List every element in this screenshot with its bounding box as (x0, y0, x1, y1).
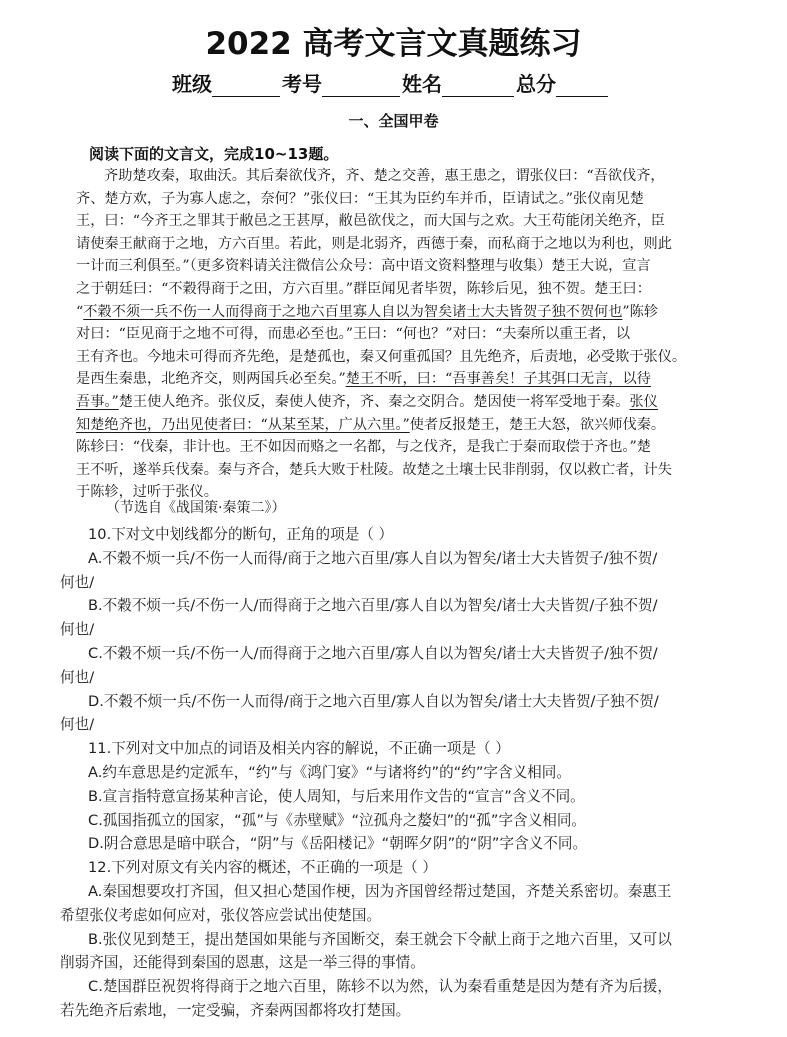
form-field-blank[interactable] (556, 76, 608, 97)
question-option-line: 何也/ (60, 571, 740, 595)
passage-line: 知楚绝齐也，乃出见使者曰：“从某至某，广从六里。”使者反报楚王，楚王大怒，欲兴师… (76, 414, 736, 437)
question-option-line: B.宣言指特意宣扬某种言论，使人周知，与后来用作文告的“宣言”含义不同。 (60, 785, 740, 809)
question-option-line: C.不穀不烦一兵/不伤一人/而得商于之地六百里/寡人自以为智矣/诸士大夫皆贺子/… (60, 642, 740, 666)
question-option-line: B.不穀不烦一兵/不伤一人/而得商于之地六百里/寡人自以为智矣/诸士大夫皆贺/子… (60, 594, 740, 618)
question-option-line: A.约车意思是约定派车，“约”与《鸿门宴》“与诸将约”的“约”字含义相同。 (60, 761, 740, 785)
form-field-label: 班级 (172, 68, 212, 97)
passage-line: 对曰：“臣见商于之地不可得，而患必至也。”王曰：“何也？”对曰：“夫秦所以重王者… (76, 323, 736, 346)
passage-line: 齐助楚攻秦，取曲沃。其后秦欲伐齐，齐、楚之交善，惠王患之，谓张仪曰：“吾欲伐齐， (76, 165, 736, 188)
underlined-text: 不穀不须一兵不伤一人而得商于之地六百里寡人自以为智矣诸士大夫皆贺子独不贺何也 (83, 304, 622, 320)
passage-text: 是西生秦患，北绝齐交，则两国兵必至矣。” (76, 371, 346, 387)
passage-text: 王有齐也。今地未可得而齐先绝，是楚孤也，秦又何重孤国？且先绝齐，后责地，必受欺于… (76, 349, 686, 365)
question-option-line: 削弱齐国，还能得到秦国的恩惠，这是一举三得的事情。 (60, 951, 740, 975)
form-field-blank[interactable] (442, 76, 514, 97)
passage-text: 楚王使人绝齐。张仪反，秦使人使齐，齐、秦之交阴合。楚因使一将军受地于秦。 (119, 394, 630, 410)
question-option-line: 何也/ (60, 713, 740, 737)
form-field-label: 总分 (516, 68, 556, 97)
question-option-line: 若先绝齐后索地，一定受骗，齐秦两国都将攻打楚国。 (60, 999, 740, 1023)
passage-line: 是西生秦患，北绝齐交，则两国兵必至矣。”楚王不听，曰：“吾事善矣！子其弭口无言，… (76, 368, 736, 391)
underlined-text: 吾事。” (76, 394, 119, 410)
question-option-line: D.不穀不烦一兵/不伤一人而得/商于之地六百里/寡人自以为智矣/诸士大夫皆贺/子… (60, 690, 740, 714)
passage-line: 王有齐也。今地未可得而齐先绝，是楚孤也，秦又何重孤国？且先绝齐，后责地，必受欺于… (76, 346, 736, 369)
question-10: 10.下对文中划线都分的断句，正角的项是（ ）A.不穀不烦一兵/不伤一人而得/商… (60, 523, 740, 737)
exam-page: 2022 高考文言文真题练习 班级考号姓名总分 一、全国甲卷 阅读下面的文言文，… (0, 0, 787, 1037)
question-12: 12.下列对原文有关内容的概述，不正确的一项是（ ）A.秦国想要攻打齐国，但又担… (60, 856, 740, 1023)
passage-text: 陈轸曰：“伐秦，非计也。王不如因而赂之一名都，与之伐齐，是我亡于秦而取偿于齐也。… (76, 439, 651, 455)
underlined-text: 知楚绝齐也，乃出见使者曰：“从某至某，广从六里。” (76, 417, 410, 433)
questions-block: 10.下对文中划线都分的断句，正角的项是（ ）A.不穀不烦一兵/不伤一人而得/商… (60, 523, 740, 1023)
form-field-label: 考号 (282, 68, 322, 97)
passage-text: 齐、楚方欢，子为寡人虑之，奈何？”张仪曰：“王其为臣约车并币，臣请试之。”张仪南… (76, 191, 644, 207)
passage-line: 王不听，遂举兵伐秦。秦与齐合，楚兵大败于杜陵。故楚之土壤士民非削弱，仅以救亡者，… (76, 459, 736, 482)
passage-line: 吾事。”楚王使人绝齐。张仪反，秦使人使齐，齐、秦之交阴合。楚因使一将军受地于秦。… (76, 391, 736, 414)
question-stem: 10.下对文中划线都分的断句，正角的项是（ ） (60, 523, 740, 547)
passage-line: 王，曰：“今齐王之罪其于敝邑之王甚厚，敝邑欲伐之，而大国与之欢。大王苟能闭关绝齐… (76, 210, 736, 233)
question-stem: 11.下列对文中加点的词语及相关内容的解说，不正确一项是（ ） (60, 737, 740, 761)
passage-line: 之于朝廷曰：“不穀得商于之田，方六百里。”群臣闻见者毕贺，陈轸后见，独不贺。楚王… (76, 278, 736, 301)
form-field-blank[interactable] (212, 76, 280, 97)
form-field-blank[interactable] (322, 76, 400, 97)
question-option-line: 何也/ (60, 666, 740, 690)
passage-text: 齐助楚攻秦，取曲沃。其后秦欲伐齐，齐、楚之交善，惠王患之，谓张仪曰：“吾欲伐齐， (104, 168, 665, 184)
passage-text: 一计而三利俱至。”（更多资料请关注微信公众号：高中语文资料整理与收集）楚王大说，… (76, 258, 651, 274)
question-option-line: 何也/ (60, 618, 740, 642)
question-stem: 12.下列对原文有关内容的概述，不正确的一项是（ ） (60, 856, 740, 880)
passage-text: 之于朝廷曰：“不穀得商于之田，方六百里。”群臣闻见者毕贺，陈轸后见，独不贺。楚王… (76, 281, 651, 297)
passage-line: 一计而三利俱至。”（更多资料请关注微信公众号：高中语文资料整理与收集）楚王大说，… (76, 255, 736, 278)
page-title: 2022 高考文言文真题练习 (0, 18, 787, 63)
passage-line: 齐、楚方欢，子为寡人虑之，奈何？”张仪曰：“王其为臣约车并币，臣请试之。”张仪南… (76, 188, 736, 211)
source-note: （节选自《战国策·秦策二》） (106, 497, 285, 517)
passage-text: 使者反报楚王，楚王大怒，欲兴师伐秦。 (410, 417, 665, 433)
question-option-line: 希望张仪考虑如何应对，张仪答应尝试出使楚国。 (60, 904, 740, 928)
passage-line: “不穀不须一兵不伤一人而得商于之地六百里寡人自以为智矣诸士大夫皆贺子独不贺何也”… (76, 301, 736, 324)
section-heading: 一、全国甲卷 (0, 110, 787, 131)
passage-text: ”陈轸 (622, 304, 658, 320)
question-option-line: B.张仪见到楚王，提出楚国如果能与齐国断交，秦王就会下令献上商于之地六百里，又可… (60, 928, 740, 952)
passage-text: 王不听，遂举兵伐秦。秦与齐合，楚兵大败于杜陵。故楚之土壤士民非削弱，仅以救亡者，… (76, 462, 672, 478)
student-info-line: 班级考号姓名总分 (172, 68, 610, 97)
passage-line: 请使秦王献商于之地，方六百里。若此，则是北弱齐，西德于秦，而私商于之地以为利也，… (76, 233, 736, 256)
question-option-line: A.秦国想要攻打齐国，但又担心楚国作梗，因为齐国曾经帮过楚国，齐楚关系密切。秦惠… (60, 880, 740, 904)
underlined-text: 张仪 (629, 394, 657, 410)
question-option-line: D.阴合意思是暗中联合，“阴”与《岳阳楼记》“朝晖夕阴”的“阴”字含义不同。 (60, 832, 740, 856)
form-field-label: 姓名 (402, 68, 442, 97)
classical-passage: 齐助楚攻秦，取曲沃。其后秦欲伐齐，齐、楚之交善，惠王患之，谓张仪曰：“吾欲伐齐，… (76, 165, 736, 504)
question-11: 11.下列对文中加点的词语及相关内容的解说，不正确一项是（ ）A.约车意思是约定… (60, 737, 740, 856)
passage-line: 陈轸曰：“伐秦，非计也。王不如因而赂之一名都，与之伐齐，是我亡于秦而取偿于齐也。… (76, 436, 736, 459)
question-option-line: C.楚国群臣祝贺将得商于之地六百里，陈轸不以为然，认为秦看重楚是因为楚有齐为后援… (60, 975, 740, 999)
passage-text: 王，曰：“今齐王之罪其于敝邑之王甚厚，敝邑欲伐之，而大国与之欢。大王苟能闭关绝齐… (76, 213, 665, 229)
passage-text: 请使秦王献商于之地，方六百里。若此，则是北弱齐，西德于秦，而私商于之地以为利也，… (76, 236, 672, 252)
underlined-text: 楚王不听，曰：“吾事善矣！子其弭口无言，以待 (346, 371, 651, 387)
passage-text: 对曰：“臣见商于之地不可得，而患必至也。”王曰：“何也？”对曰：“夫秦所以重王者… (76, 326, 630, 342)
question-option-line: C.孤国指孤立的国家，“孤”与《赤壁赋》“泣孤舟之嫠妇”的“孤”字含义相同。 (60, 809, 740, 833)
reading-instruction: 阅读下面的文言文，完成10~13题。 (89, 143, 338, 164)
question-option-line: A.不穀不烦一兵/不伤一人而得/商于之地六百里/寡人自以为智矣/诸士大夫皆贺子/… (60, 547, 740, 571)
